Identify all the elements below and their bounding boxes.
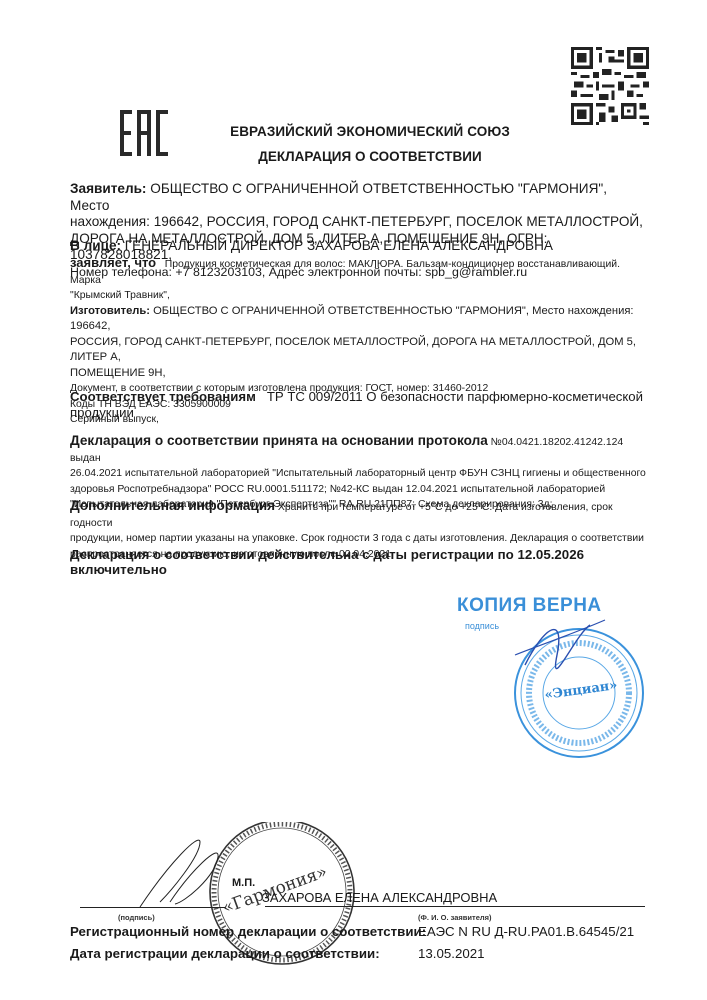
compliance-section: Соответствует требованиям ТР ТС 009/2011… [70,389,650,421]
signature-caption: (подпись) [118,913,155,922]
compliance-label: Соответствует требованиям [70,389,256,404]
person-section: В лице: ГЕНЕРАЛЬНЫЙ ДИРЕКТОР ЗАХАРОВА ЕЛ… [70,238,650,255]
copy-verified-stamp: КОПИЯ ВЕРНА подпись «Энциан» [455,585,655,765]
applicant-line-1: ОБЩЕСТВО С ОГРАНИЧЕННОЙ ОТВЕТСТВЕННОСТЬЮ… [70,181,607,213]
registration-date-value: 13.05.2021 [418,946,485,961]
manufacturer-label: Изготовитель: [70,305,150,317]
manufacturer-line-2: РОССИЯ, ГОРОД САНКТ-ПЕТЕРБУРГ, ПОСЕЛОК М… [70,335,650,366]
registration-number-label: Регистрационный номер декларации о соотв… [70,924,426,939]
declares-label: заявляет, что [70,255,156,270]
applicant-name: ЗАХАРОВА ЕЛЕНА АЛЕКСАНДРОВНА [262,890,497,905]
union-heading: ЕВРАЗИЙСКИЙ ЭКОНОМИЧЕСКИЙ СОЮЗ [200,124,540,139]
validity-statement: Декларация о соответствии действительна … [70,547,650,577]
additional-label: Дополнительная информация [70,498,275,513]
declares-line-2: "Крымский Травник", [70,288,650,304]
copy-signature-caption: подпись [465,621,499,631]
seal-place-label: М.П. [232,877,255,889]
manufacturer-line-1: ОБЩЕСТВО С ОГРАНИЧЕННОЙ ОТВЕТСТВЕННОСТЬЮ… [70,305,634,333]
person-label: В лице: [70,238,121,253]
basis-line-3: здоровья Роспотребнадзора" РОСС RU.0001.… [70,482,650,498]
signature-line [80,907,225,908]
basis-line-2: 26.04.2021 испытательной лабораторией "И… [70,466,650,482]
eac-logo-icon [118,108,170,158]
additional-line-2: продукции, номер партии указаны на упако… [70,531,650,547]
document-title: ДЕКЛАРАЦИЯ О СООТВЕТСТВИИ [200,149,540,164]
compliance-line-2: продукции [70,405,650,421]
registration-number-value: ЕАЭС N RU Д-RU.РА01.В.64545/21 [418,924,634,939]
basis-label: Декларация о соответствии принята на осн… [70,433,488,448]
qr-code-icon[interactable] [571,47,649,125]
manufacturer-line-3: ПОМЕЩЕНИЕ 9Н, [70,366,650,382]
registration-date-label: Дата регистрации декларации о соответств… [70,946,380,961]
person-value: ГЕНЕРАЛЬНЫЙ ДИРЕКТОР ЗАХАРОВА ЕЛЕНА АЛЕК… [121,238,553,253]
applicant-line-2: нахождения: 196642, РОССИЯ, ГОРОД САНКТ-… [70,214,650,231]
compliance-line-1: ТР ТС 009/2011 О безопасности парфюмерно… [267,389,643,404]
name-line [265,906,645,907]
name-caption: (Ф. И. О. заявителя) [418,913,492,922]
applicant-label: Заявитель: [70,181,146,196]
